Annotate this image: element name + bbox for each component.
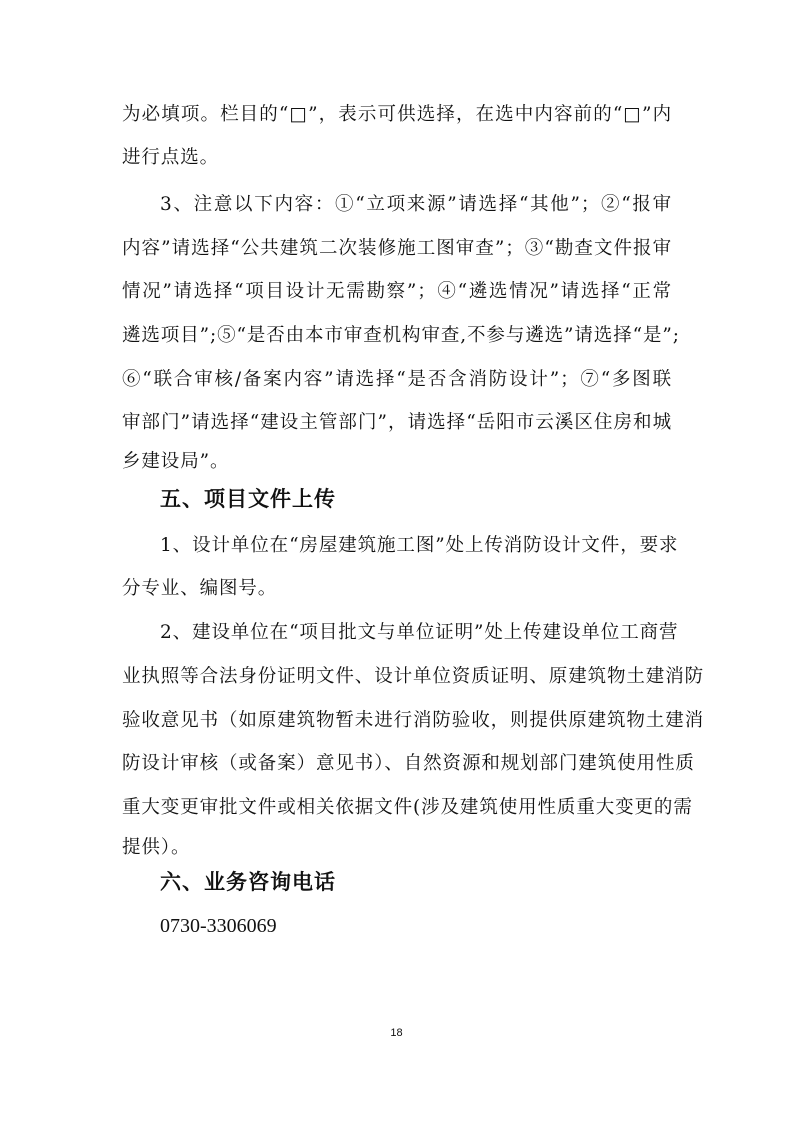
paragraph-line: ⑥“联合审核/备案内容”请选择“是否含消防设计”；⑦“多图联 bbox=[122, 368, 672, 392]
paragraph-line: 2、建设单位在“项目批文与单位证明”处上传建设单位工商营 bbox=[160, 621, 672, 645]
page-number: 18 bbox=[0, 1027, 793, 1039]
paragraph-line: 提供）。 bbox=[122, 836, 672, 860]
paragraph-line: 进行点选。 bbox=[122, 146, 672, 170]
paragraph-line: 情况”请选择“项目设计无需勘察”；④“遴选情况”请选择“正常 bbox=[122, 280, 672, 304]
section-heading-contact: 六、业务咨询电话 bbox=[160, 868, 336, 896]
paragraph-line: 乡建设局”。 bbox=[122, 450, 672, 474]
paragraph-line: 分专业、编图号。 bbox=[122, 577, 672, 601]
document-page: 为必填项。栏目的“□”，表示可供选择，在选中内容前的“□”内 进行点选。 3、注… bbox=[0, 0, 793, 1122]
paragraph-line: 审部门”请选择“建设主管部门”，请选择“岳阳市云溪区住房和城 bbox=[122, 411, 672, 435]
paragraph-line: 重大变更审批文件或相关依据文件(涉及建筑使用性质重大变更的需 bbox=[122, 796, 672, 820]
paragraph-line: 内容”请选择“公共建筑二次装修施工图审查”；③“勘查文件报审 bbox=[122, 237, 672, 261]
paragraph-line: 遴选项目”;⑤“是否由本市审查机构审查,不参与遴选”请选择“是”; bbox=[122, 324, 672, 348]
section-heading-upload: 五、项目文件上传 bbox=[160, 485, 336, 513]
paragraph-line: 1、设计单位在“房屋建筑施工图”处上传消防设计文件，要求 bbox=[160, 534, 672, 558]
paragraph-line: 验收意见书（如原建筑物暂未进行消防验收，则提供原建筑物土建消 bbox=[122, 709, 672, 733]
paragraph-line: 防设计审核（或备案）意见书）、自然资源和规划部门建筑使用性质 bbox=[122, 752, 672, 776]
contact-phone-number: 0730-3306069 bbox=[160, 913, 277, 939]
paragraph-line: 3、注意以下内容：①“立项来源”请选择“其他”；②“报审 bbox=[160, 193, 672, 217]
paragraph-line: 为必填项。栏目的“□”，表示可供选择，在选中内容前的“□”内 bbox=[122, 103, 672, 127]
paragraph-line: 业执照等合法身份证明文件、设计单位资质证明、原建筑物土建消防 bbox=[122, 665, 672, 689]
